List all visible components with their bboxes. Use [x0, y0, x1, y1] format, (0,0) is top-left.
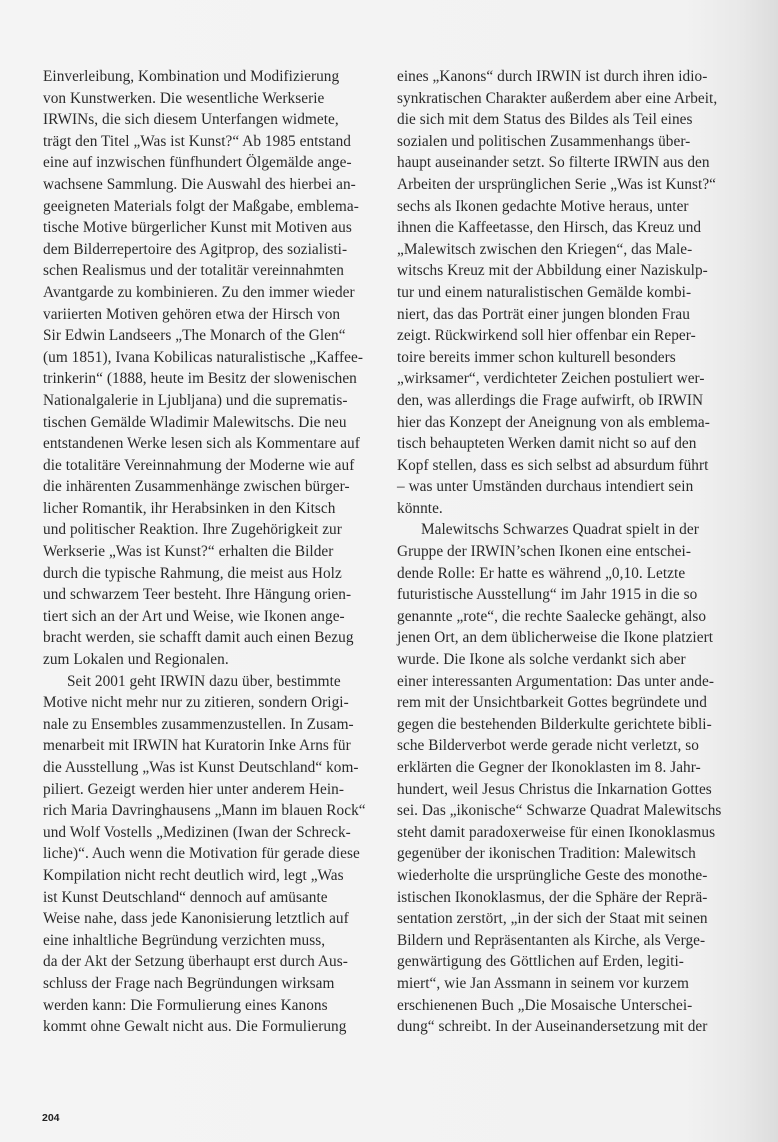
text-line: wiederholte die ursprüngliche Geste des …	[397, 865, 732, 887]
book-page: Einverleibung, Kombination und Modifizie…	[0, 0, 778, 1142]
text-line: schen Realismus und der totalitär verein…	[43, 260, 373, 282]
text-line: wurde. Die Ikone als solche verdankt sic…	[397, 649, 732, 671]
text-line: die totalitäre Vereinnahmung der Moderne…	[43, 455, 373, 477]
text-line: gegen die bestehenden Bilderkulte gerich…	[397, 714, 732, 736]
text-line: istischen Ikonoklasmus, der die Sphäre d…	[397, 887, 732, 909]
text-line: erklärten die Gegner der Ikonoklasten im…	[397, 757, 732, 779]
text-line: sche Bilderverbot werde gerade nicht ver…	[397, 735, 732, 757]
text-line: – was unter Umständen durchaus intendier…	[397, 476, 732, 498]
text-line: zum Lokalen und Regionalen.	[43, 649, 373, 671]
text-line: rem mit der Unsichtbarkeit Gottes begrün…	[397, 692, 732, 714]
text-line: entstandenen Werke lesen sich als Kommen…	[43, 433, 373, 455]
text-line: sentation zerstört, „in der sich der Sta…	[397, 908, 732, 930]
text-line: Motive nicht mehr nur zu zitieren, sonde…	[43, 692, 373, 714]
text-line: tiert sich an der Art und Weise, wie Iko…	[43, 606, 373, 628]
text-line: Malewitschs Schwarzes Quadrat spielt in …	[397, 519, 732, 541]
text-line: eine auf inzwischen fünfhundert Ölgemäld…	[43, 152, 373, 174]
text-line: dung“ schreibt. In der Auseinandersetzun…	[397, 1016, 732, 1038]
text-line: nale zu Ensembles zusammenzustellen. In …	[43, 714, 373, 736]
text-line: „wirksamer“, verdichteter Zeichen postul…	[397, 368, 732, 390]
text-line: futuristische Ausstellung“ im Jahr 1915 …	[397, 584, 732, 606]
text-line: haupt auseinander setzt. So filterte IRW…	[397, 152, 732, 174]
text-line: ihnen die Kaffeetasse, den Hirsch, das K…	[397, 217, 732, 239]
text-line: trägt den Titel „Was ist Kunst?“ Ab 1985…	[43, 131, 373, 153]
text-line: den, was allerdings die Frage aufwirft, …	[397, 390, 732, 412]
text-line: sechs als Ikonen gedachte Motive heraus,…	[397, 196, 732, 218]
text-line: genannte „rote“, die rechte Saalecke geh…	[397, 606, 732, 628]
text-line: die sich mit dem Status des Bildes als T…	[397, 109, 732, 131]
text-line: tische Motive bürgerlicher Kunst mit Mot…	[43, 217, 373, 239]
text-line: genwärtigung des Göttlichen auf Erden, l…	[397, 951, 732, 973]
text-line: bracht werden, sie schafft damit auch ei…	[43, 627, 373, 649]
text-line: da der Akt der Setzung überhaupt erst du…	[43, 951, 373, 973]
text-line: variierten Motiven gehören etwa der Hirs…	[43, 304, 373, 326]
text-line: und Wolf Vostells „Medizinen (Iwan der S…	[43, 822, 373, 844]
text-line: rich Maria Davringhausens „Mann im blaue…	[43, 800, 373, 822]
text-line: tur und einem naturalistischen Gemälde k…	[397, 282, 732, 304]
text-line: werden kann: Die Formulierung eines Kano…	[43, 995, 373, 1017]
text-line: die inhärenten Zusammenhänge zwischen bü…	[43, 476, 373, 498]
text-line: kommt ohne Gewalt nicht aus. Die Formuli…	[43, 1016, 373, 1038]
text-line: witschs Kreuz mit der Abbildung einer Na…	[397, 260, 732, 282]
text-line: toire bereits immer schon kulturell beso…	[397, 347, 732, 369]
text-line: Einverleibung, Kombination und Modifizie…	[43, 66, 373, 88]
text-line: Seit 2001 geht IRWIN dazu über, bestimmt…	[43, 671, 373, 693]
text-line: einer interessanten Argumentation: Das u…	[397, 671, 732, 693]
text-line: tisch behaupteten Werken damit nicht so …	[397, 433, 732, 455]
text-line: und schwarzem Teer besteht. Ihre Hängung…	[43, 584, 373, 606]
text-line: die Ausstellung „Was ist Kunst Deutschla…	[43, 757, 373, 779]
text-line: eine inhaltliche Begründung verzichten m…	[43, 930, 373, 952]
text-line: ist Kunst Deutschland“ dennoch auf amüsa…	[43, 887, 373, 909]
text-line: sei. Das „ikonische“ Schwarze Quadrat Ma…	[397, 800, 732, 822]
left-text-column: Einverleibung, Kombination und Modifizie…	[43, 66, 373, 1038]
text-line: und politischer Reaktion. Ihre Zugehörig…	[43, 519, 373, 541]
text-line: Avantgarde zu kombinieren. Zu den immer …	[43, 282, 373, 304]
text-line: trinkerin“ (1888, heute im Besitz der sl…	[43, 368, 373, 390]
text-line: gegenüber der ikonischen Tradition: Male…	[397, 843, 732, 865]
text-line: menarbeit mit IRWIN hat Kuratorin Inke A…	[43, 735, 373, 757]
text-line: Arbeiten der ursprünglichen Serie „Was i…	[397, 174, 732, 196]
text-line: dem Bilderrepertoire des Agitprop, des s…	[43, 239, 373, 261]
text-line: Kopf stellen, dass es sich selbst ad abs…	[397, 455, 732, 477]
text-line: miert“, wie Jan Assmann in seinem vor ku…	[397, 973, 732, 995]
text-line: jenen Ort, an dem üblicherweise die Ikon…	[397, 627, 732, 649]
text-line: Werkserie „Was ist Kunst?“ erhalten die …	[43, 541, 373, 563]
text-line: geeigneten Materials folgt der Maßgabe, …	[43, 196, 373, 218]
text-line: licher Romantik, ihr Herabsinken in den …	[43, 498, 373, 520]
text-line: hundert, weil Jesus Christus die Inkarna…	[397, 779, 732, 801]
text-line: (um 1851), Ivana Kobilicas naturalistisc…	[43, 347, 373, 369]
text-line: niert, das das Porträt einer jungen blon…	[397, 304, 732, 326]
text-line: erschienenen Buch „Die Mosaische Untersc…	[397, 995, 732, 1017]
text-line: piliert. Gezeigt werden hier unter ander…	[43, 779, 373, 801]
page-number: 204	[42, 1112, 60, 1124]
text-line: tischen Gemälde Wladimir Malewitschs. Di…	[43, 412, 373, 434]
text-line: schluss der Frage nach Begründungen wirk…	[43, 973, 373, 995]
text-line: Sir Edwin Landseers „The Monarch of the …	[43, 325, 373, 347]
text-line: Bildern und Repräsentanten als Kirche, a…	[397, 930, 732, 952]
text-line: Weise nahe, dass jede Kanonisierung letz…	[43, 908, 373, 930]
text-line: liche)“. Auch wenn die Motivation für ge…	[43, 843, 373, 865]
text-line: sozialen und politischen Zusammenhangs ü…	[397, 131, 732, 153]
text-line: durch die typische Rahmung, die meist au…	[43, 563, 373, 585]
text-line: eines „Kanons“ durch IRWIN ist durch ihr…	[397, 66, 732, 88]
text-line: IRWINs, die sich diesem Unterfangen widm…	[43, 109, 373, 131]
text-line: Kompilation nicht recht deutlich wird, l…	[43, 865, 373, 887]
text-line: von Kunstwerken. Die wesentliche Werkser…	[43, 88, 373, 110]
text-line: könnte.	[397, 498, 732, 520]
text-line: wachsene Sammlung. Die Auswahl des hierb…	[43, 174, 373, 196]
text-line: zeigt. Rückwirkend soll hier offenbar ei…	[397, 325, 732, 347]
text-line: „Malewitsch zwischen den Kriegen“, das M…	[397, 239, 732, 261]
text-line: dende Rolle: Er hatte es während „0,10. …	[397, 563, 732, 585]
text-line: hier das Konzept der Aneignung von als e…	[397, 412, 732, 434]
text-line: Gruppe der IRWIN’schen Ikonen eine entsc…	[397, 541, 732, 563]
text-line: synkratischen Charakter außerdem aber ei…	[397, 88, 732, 110]
text-line: Nationalgalerie in Ljubljana) und die su…	[43, 390, 373, 412]
text-line: steht damit paradoxerweise für einen Iko…	[397, 822, 732, 844]
right-text-column: eines „Kanons“ durch IRWIN ist durch ihr…	[397, 66, 732, 1038]
